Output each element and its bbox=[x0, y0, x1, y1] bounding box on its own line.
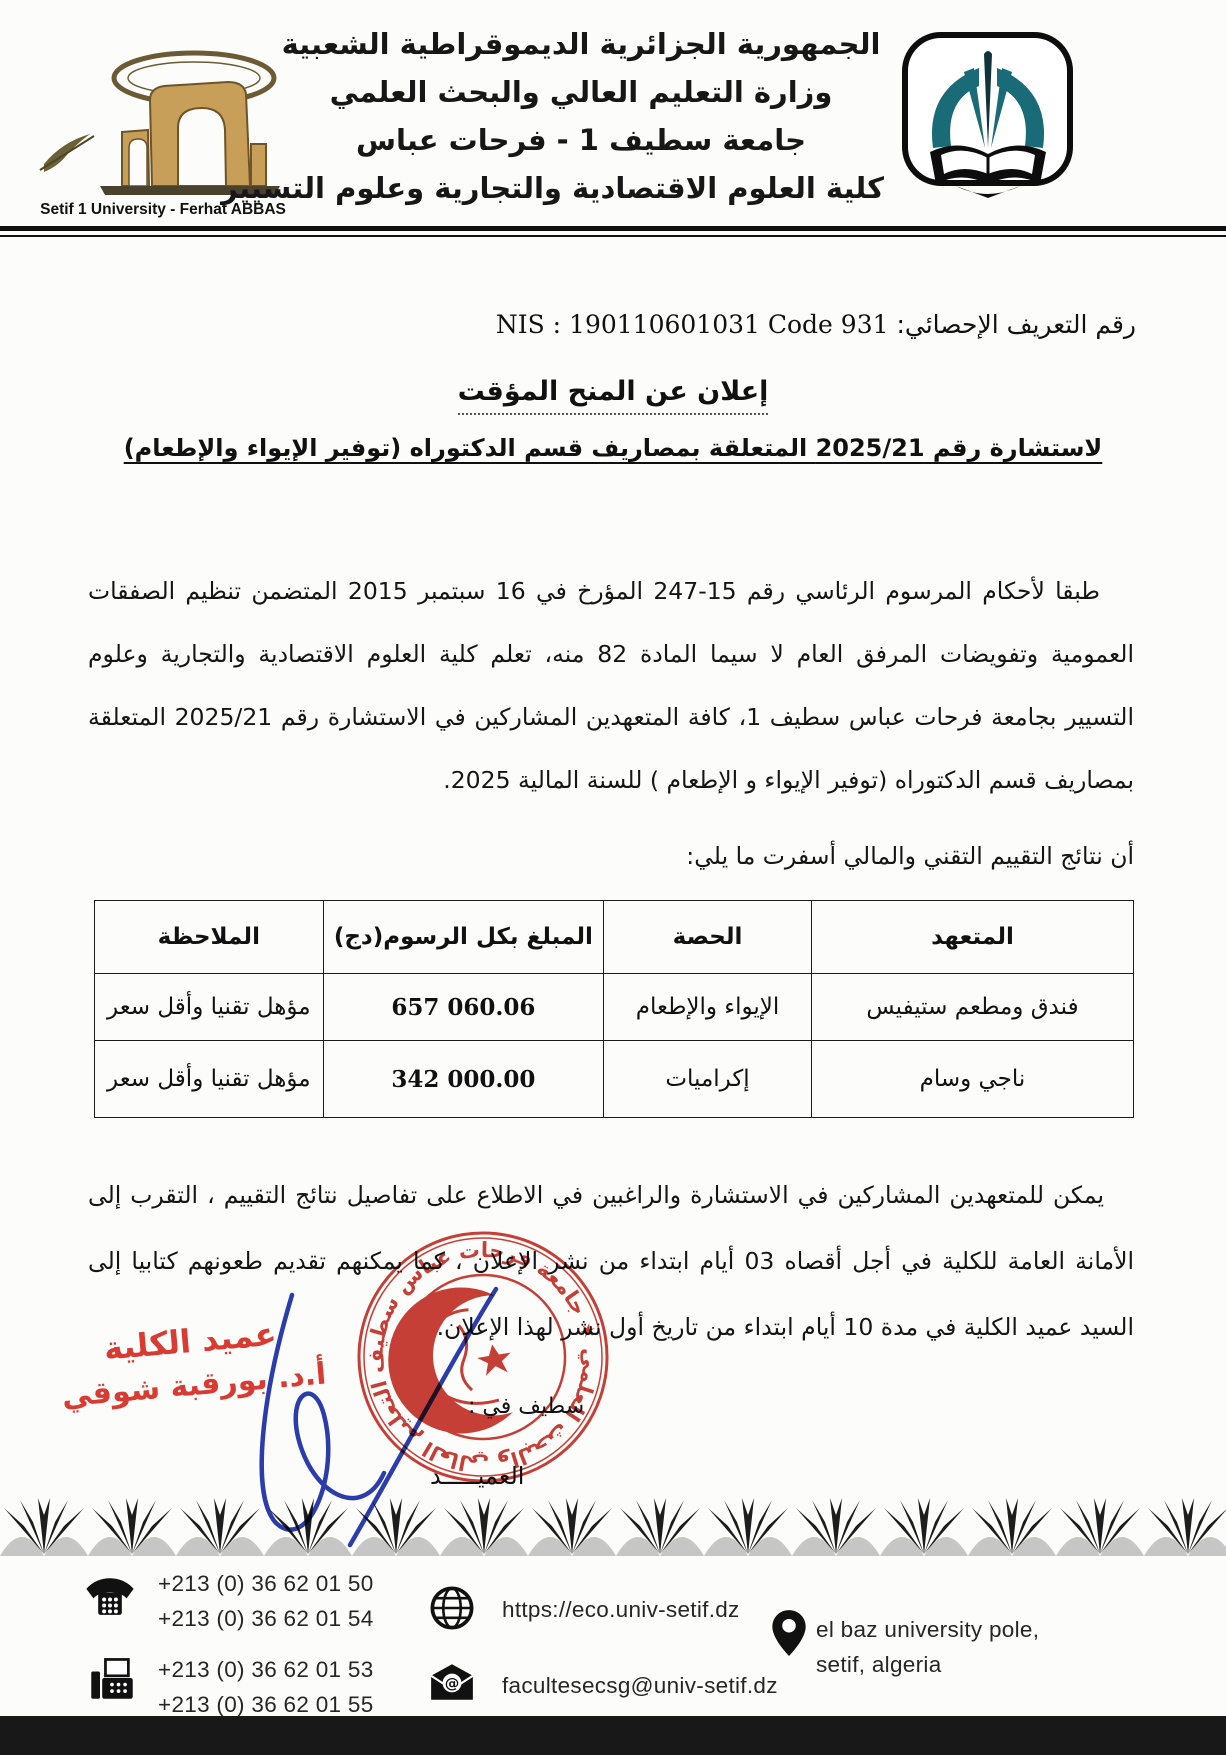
phone-numbers: +213 (0) 36 62 01 50 +213 (0) 36 62 01 5… bbox=[158, 1566, 374, 1636]
document-page: Setif 1 University - Ferhat ABBAS الجمهو… bbox=[0, 0, 1226, 1755]
nis-line: رقم التعريف الإحصائي: NIS : 190110601031… bbox=[496, 310, 1136, 339]
globe-icon bbox=[428, 1584, 476, 1636]
cell-vendor: ناجي وسام bbox=[811, 1041, 1133, 1118]
svg-text:@: @ bbox=[445, 1675, 460, 1692]
handwritten-signature bbox=[232, 1275, 532, 1565]
fax-icon bbox=[88, 1654, 136, 1706]
cell-amount: 657 060.06 bbox=[323, 974, 604, 1041]
header-line-republic: الجمهورية الجزائرية الديموقراطية الشعبية bbox=[278, 20, 884, 68]
cell-amount: 342 000.00 bbox=[323, 1041, 604, 1118]
announcement-subtitle: لاستشارة رقم 2025/21 المتعلقة بمصاريف قس… bbox=[0, 434, 1226, 462]
cell-lot: الإيواء والإطعام bbox=[604, 974, 812, 1041]
address-line: setif, algeria bbox=[816, 1647, 1039, 1682]
location-pin-icon bbox=[768, 1608, 810, 1662]
header-line-ministry: وزارة التعليم العالي والبحث العلمي bbox=[278, 68, 884, 116]
cell-lot: إكراميات bbox=[604, 1041, 812, 1118]
phone-number: +213 (0) 36 62 01 54 bbox=[158, 1601, 374, 1636]
address-lines: el baz university pole, setif, algeria bbox=[816, 1612, 1039, 1682]
results-intro-line: أن نتائج التقييم التقني والمالي أسفرت ما… bbox=[686, 842, 1134, 870]
table-header-row: المتعهد الحصة المبلغ بكل الرسوم(دج) المل… bbox=[95, 901, 1134, 974]
email-address: facultesecsg@univ-setif.dz bbox=[502, 1668, 778, 1703]
fax-number: +213 (0) 36 62 01 53 bbox=[158, 1652, 374, 1687]
decorative-fan-border bbox=[0, 1496, 1226, 1556]
place-date-label: سطيف في : bbox=[468, 1394, 584, 1419]
footer-black-bar bbox=[0, 1716, 1226, 1755]
col-header-lot: الحصة bbox=[604, 901, 812, 974]
fax-numbers: +213 (0) 36 62 01 53 +213 (0) 36 62 01 5… bbox=[158, 1652, 374, 1722]
header-line-faculty: كلية العلوم الاقتصادية والتجارية وعلوم ا… bbox=[278, 164, 884, 212]
header-rule-thick bbox=[0, 226, 1226, 231]
nis-value: NIS : 190110601031 Code 931 bbox=[496, 310, 889, 339]
col-header-vendor: المتعهد bbox=[811, 901, 1133, 974]
col-header-amount: المبلغ بكل الرسوم(دج) bbox=[323, 901, 604, 974]
table-row: فندق ومطعم ستيفيس الإيواء والإطعام 657 0… bbox=[95, 974, 1134, 1041]
evaluation-results-table: المتعهد الحصة المبلغ بكل الرسوم(دج) المل… bbox=[94, 900, 1134, 1118]
header-rule-thin bbox=[0, 235, 1226, 237]
cell-vendor: فندق ومطعم ستيفيس bbox=[811, 974, 1133, 1041]
faculty-shield-logo bbox=[900, 30, 1076, 210]
phone-number: +213 (0) 36 62 01 50 bbox=[158, 1566, 374, 1601]
phone-icon bbox=[84, 1572, 136, 1624]
header-line-university: جامعة سطيف 1 - فرحات عباس bbox=[278, 116, 884, 164]
col-header-note: الملاحظة bbox=[95, 901, 324, 974]
table-row: ناجي وسام إكراميات 342 000.00 مؤهل تقنيا… bbox=[95, 1041, 1134, 1118]
header-institution-block: الجمهورية الجزائرية الديموقراطية الشعبية… bbox=[278, 20, 884, 212]
website-url: https://eco.univ-setif.dz bbox=[502, 1592, 740, 1627]
address-line: el baz university pole, bbox=[816, 1612, 1039, 1647]
body-paragraph-legal: طبقا لأحكام المرسوم الرئاسي رقم 15-247 ا… bbox=[88, 560, 1134, 812]
announcement-title: إعلان عن المنح المؤقت bbox=[0, 376, 1226, 407]
dean-label: العميـــــد bbox=[430, 1462, 524, 1490]
nis-label: رقم التعريف الإحصائي: bbox=[896, 310, 1136, 339]
cell-note: مؤهل تقنيا وأقل سعر bbox=[95, 1041, 324, 1118]
email-at-icon: @ bbox=[428, 1662, 476, 1708]
cell-note: مؤهل تقنيا وأقل سعر bbox=[95, 974, 324, 1041]
